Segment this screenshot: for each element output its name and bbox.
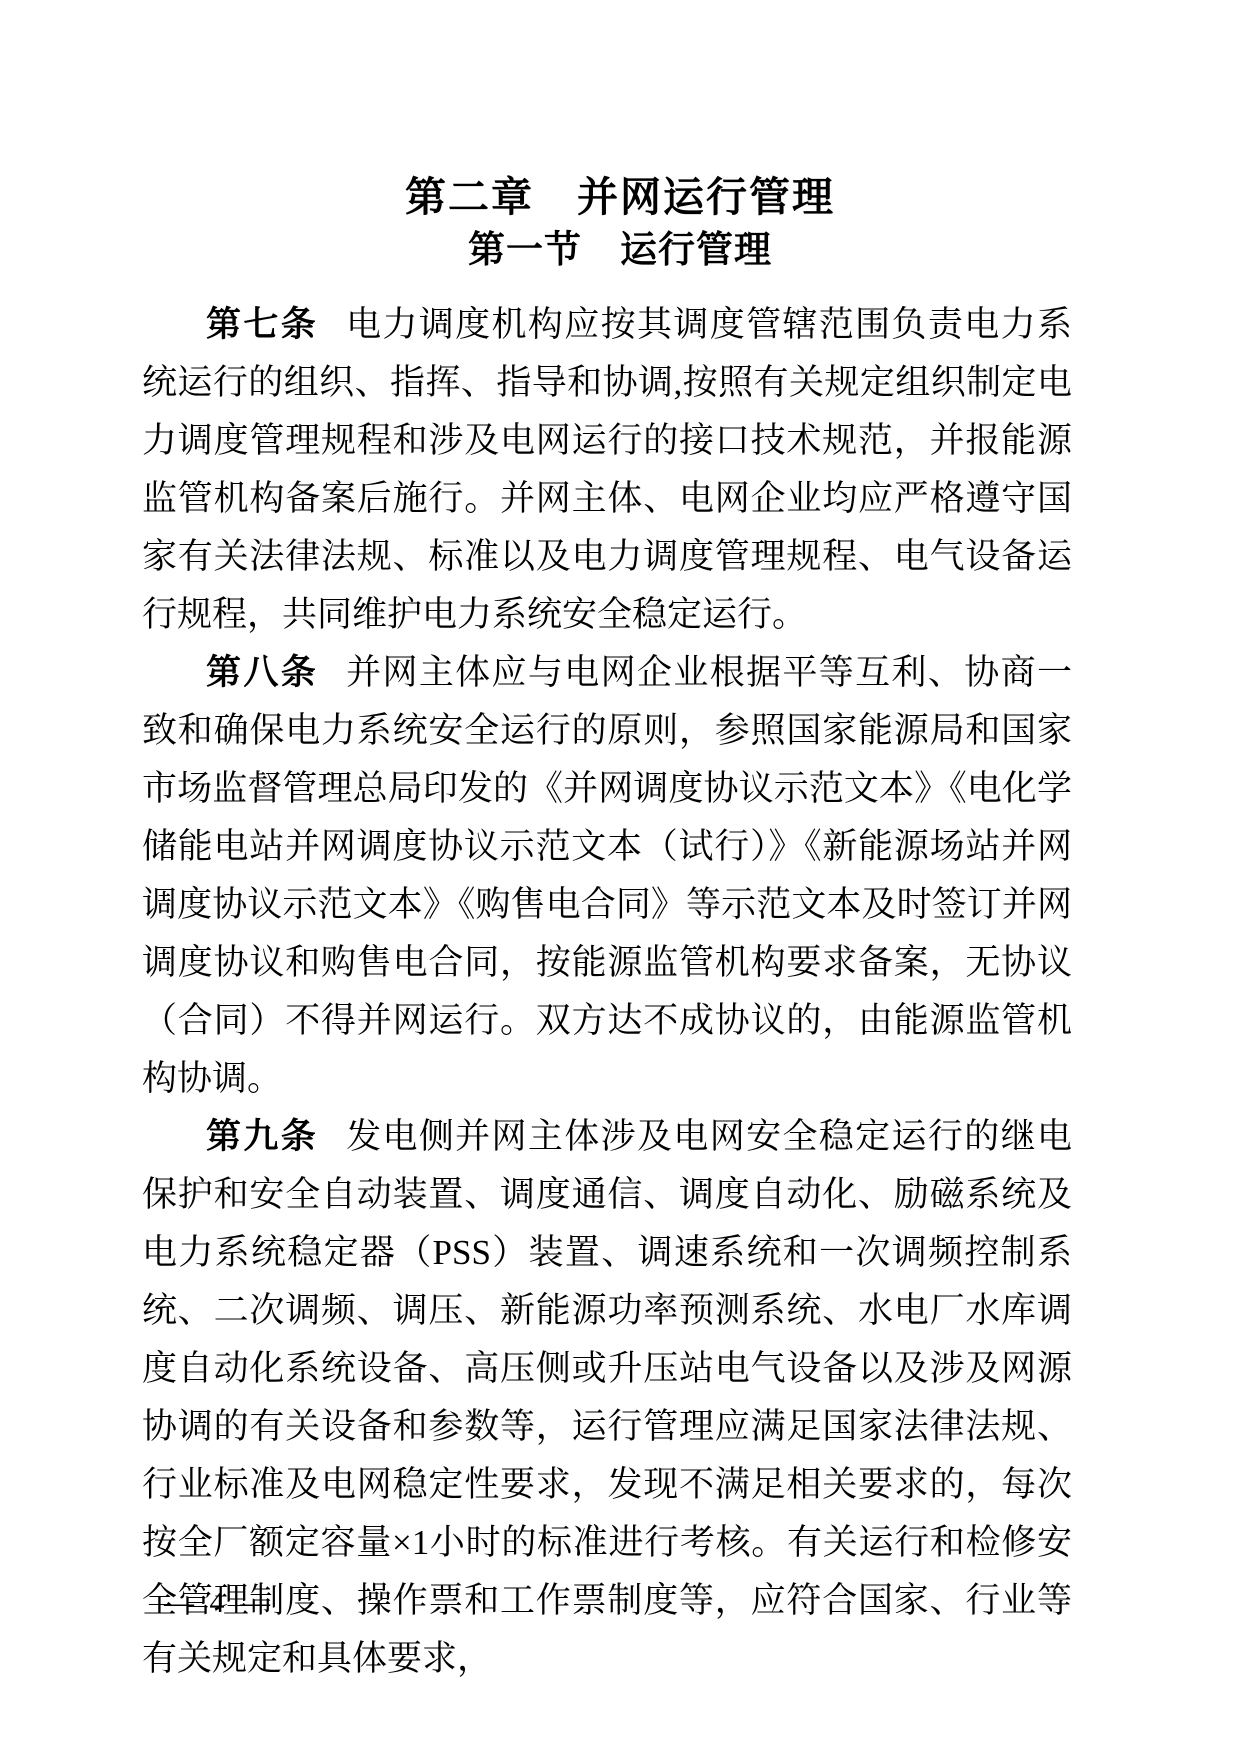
article-8-label: 第八条: [206, 653, 318, 693]
article-7-text: 电力调度机构应按其调度管辖范围负责电力系统运行的组织、指挥、指导和协调,按照有关…: [142, 305, 1072, 634]
article-paragraph-7: 第七条电力调度机构应按其调度管辖范围负责电力系统运行的组织、指挥、指导和协调,按…: [142, 296, 1072, 644]
article-8-text: 并网主体应与电网企业根据平等互利、协商一致和确保电力系统安全运行的原则，参照国家…: [142, 653, 1072, 1098]
section-title: 第一节 运行管理: [0, 228, 1240, 274]
article-7-label: 第七条: [206, 305, 318, 345]
article-paragraph-9: 第九条发电侧并网主体涉及电网安全稳定运行的继电保护和安全自动装置、调度通信、调度…: [142, 1108, 1072, 1688]
document-body: 第七条电力调度机构应按其调度管辖范围负责电力系统运行的组织、指挥、指导和协调,按…: [142, 296, 1072, 1688]
page-number: — 4 —: [164, 1584, 274, 1622]
document-page: 第二章 并网运行管理 第一节 运行管理 第七条电力调度机构应按其调度管辖范围负责…: [0, 0, 1240, 1753]
article-9-label: 第九条: [206, 1117, 318, 1157]
article-9-text: 发电侧并网主体涉及电网安全稳定运行的继电保护和安全自动装置、调度通信、调度自动化…: [142, 1117, 1072, 1678]
article-paragraph-8: 第八条并网主体应与电网企业根据平等互利、协商一致和确保电力系统安全运行的原则，参…: [142, 644, 1072, 1108]
chapter-title: 第二章 并网运行管理: [0, 172, 1240, 222]
